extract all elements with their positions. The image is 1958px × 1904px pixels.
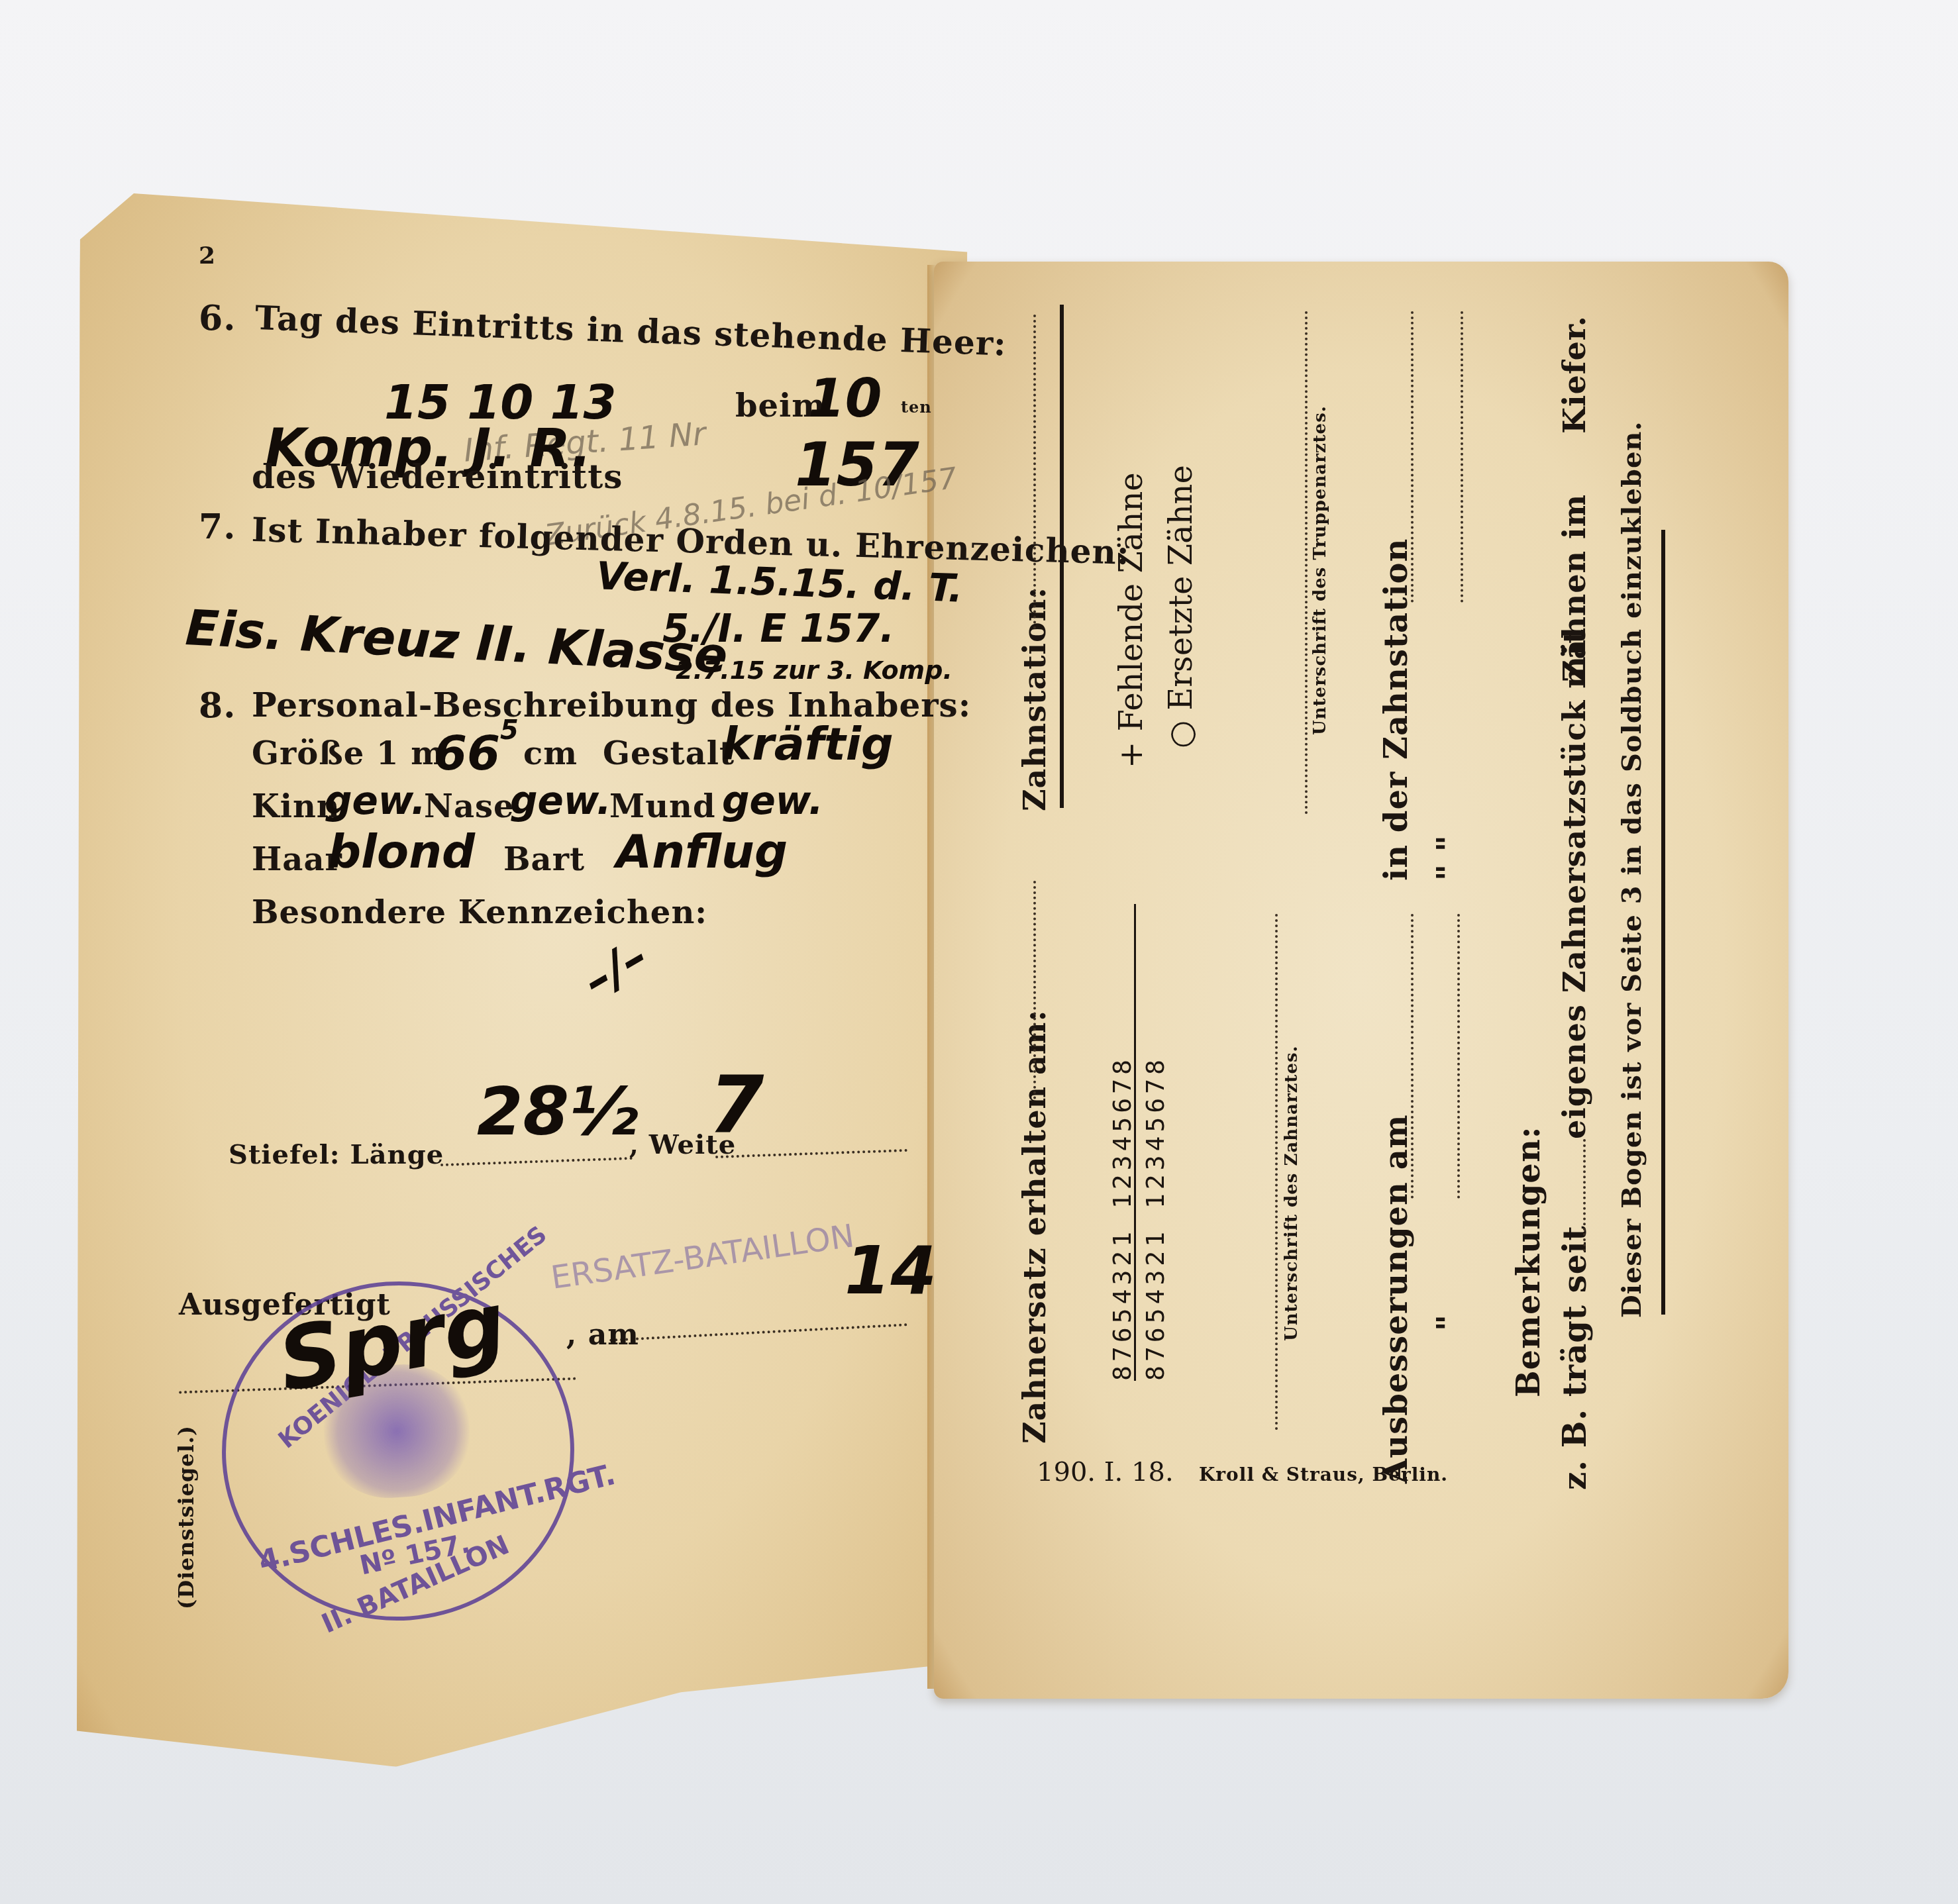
zaehnen-im-label: Zähnen im bbox=[1557, 494, 1592, 682]
groesse-value: 66 bbox=[434, 725, 500, 781]
legend-replaced-teeth: ○ Ersetzte Zähne bbox=[1162, 465, 1200, 748]
glue-notice-underline bbox=[1661, 530, 1665, 1315]
legend-missing-teeth: + Fehlende Zähne bbox=[1113, 472, 1150, 768]
bemerkungen-label: Bemerkungen: bbox=[1510, 1127, 1547, 1398]
gestalt-value: kräftig bbox=[722, 719, 894, 771]
item7-number: 7. bbox=[199, 507, 236, 547]
nase-value: gew. bbox=[510, 778, 611, 823]
item6-number: 6. bbox=[199, 298, 236, 338]
ditto-mark-1: " bbox=[1431, 1314, 1468, 1331]
traegt-seit-label: z. B. trägt seit bbox=[1557, 1225, 1594, 1490]
teeth-chart-lower: 87654321 12345678 bbox=[1141, 1056, 1170, 1381]
eigenes-zahnersatz-label: eigenes Zahnersatzstück mit bbox=[1557, 628, 1592, 1139]
groesse-sup: 5 bbox=[500, 715, 519, 746]
stiefel-label: Stiefel: Länge bbox=[229, 1139, 444, 1170]
troop-doctor-signature-line bbox=[1305, 311, 1308, 815]
ausbesserungen-label: Ausbesserungen am bbox=[1378, 1114, 1415, 1483]
stiefel-laenge-value: 28½ bbox=[477, 1073, 638, 1150]
mund-label: Mund bbox=[609, 788, 716, 825]
teeth-chart-upper: 87654321 12345678 bbox=[1108, 1056, 1137, 1381]
mund-value: gew. bbox=[722, 778, 823, 823]
item8-number: 8. bbox=[199, 685, 236, 726]
teeth-chart-divider bbox=[1134, 904, 1136, 1381]
zahnstation-line bbox=[1033, 315, 1036, 629]
form-number: 190. I. 18. bbox=[1037, 1457, 1174, 1487]
haar-value: blond bbox=[328, 825, 475, 879]
item7-transfer-date: 2.7.15 zur 3. Komp. bbox=[676, 656, 953, 685]
dentist-signature-line bbox=[1275, 914, 1278, 1430]
ausbesserungen-date-line bbox=[1411, 914, 1414, 1199]
traegt-seit-line bbox=[1583, 1139, 1586, 1252]
glue-notice: Dieser Bogen ist vor Seite 3 in das Sold… bbox=[1616, 421, 1647, 1318]
gestalt-label: Gestalt bbox=[603, 735, 735, 772]
page-number: 2 bbox=[199, 242, 215, 270]
troop-doctor-signature-label: Unterschrift des Truppenarztes. bbox=[1310, 405, 1330, 735]
zahnstation-underline bbox=[1060, 305, 1064, 808]
printer-imprint: Kroll & Straus, Berlin. bbox=[1199, 1464, 1448, 1485]
ausgefertigt-year: 14 bbox=[845, 1232, 937, 1309]
bart-label: Bart bbox=[503, 841, 585, 878]
dentist-signature-label: Unterschrift des Zahnarztes. bbox=[1282, 1045, 1302, 1341]
kinn-value: gew. bbox=[325, 778, 426, 823]
bart-value: Anflug bbox=[616, 825, 788, 879]
item6-ten-suffix: ten bbox=[901, 397, 932, 417]
dienstsiegel-label: (Dienstsiegel.) bbox=[174, 1425, 199, 1609]
kennzeichen-label: Besondere Kennzeichen: bbox=[252, 894, 707, 931]
zahnersatz-date-line bbox=[1033, 881, 1036, 1099]
zahnstation-name-line-2 bbox=[1461, 311, 1463, 603]
ditto-mark-2: " " bbox=[1431, 834, 1468, 881]
nase-label: Nase bbox=[424, 788, 515, 825]
item7-award-ref: 5./I. E 157. bbox=[662, 606, 894, 651]
stiefel-weite-value: 7 bbox=[709, 1060, 764, 1152]
cm-label: cm bbox=[523, 735, 578, 772]
item6-beim-value: 10 bbox=[808, 368, 882, 429]
zahnstation-name-line-1 bbox=[1411, 311, 1414, 603]
in-der-zahnstation-label: in der Zahnstation bbox=[1378, 538, 1415, 881]
item6-wiedereintritt-label: des Wiedereintritts bbox=[252, 457, 623, 496]
am-label: , am bbox=[566, 1318, 639, 1352]
ausbesserungen-date-line-2 bbox=[1457, 914, 1460, 1199]
groesse-label: Größe 1 m bbox=[252, 735, 445, 772]
kiefer-label: Kiefer. bbox=[1557, 315, 1592, 434]
